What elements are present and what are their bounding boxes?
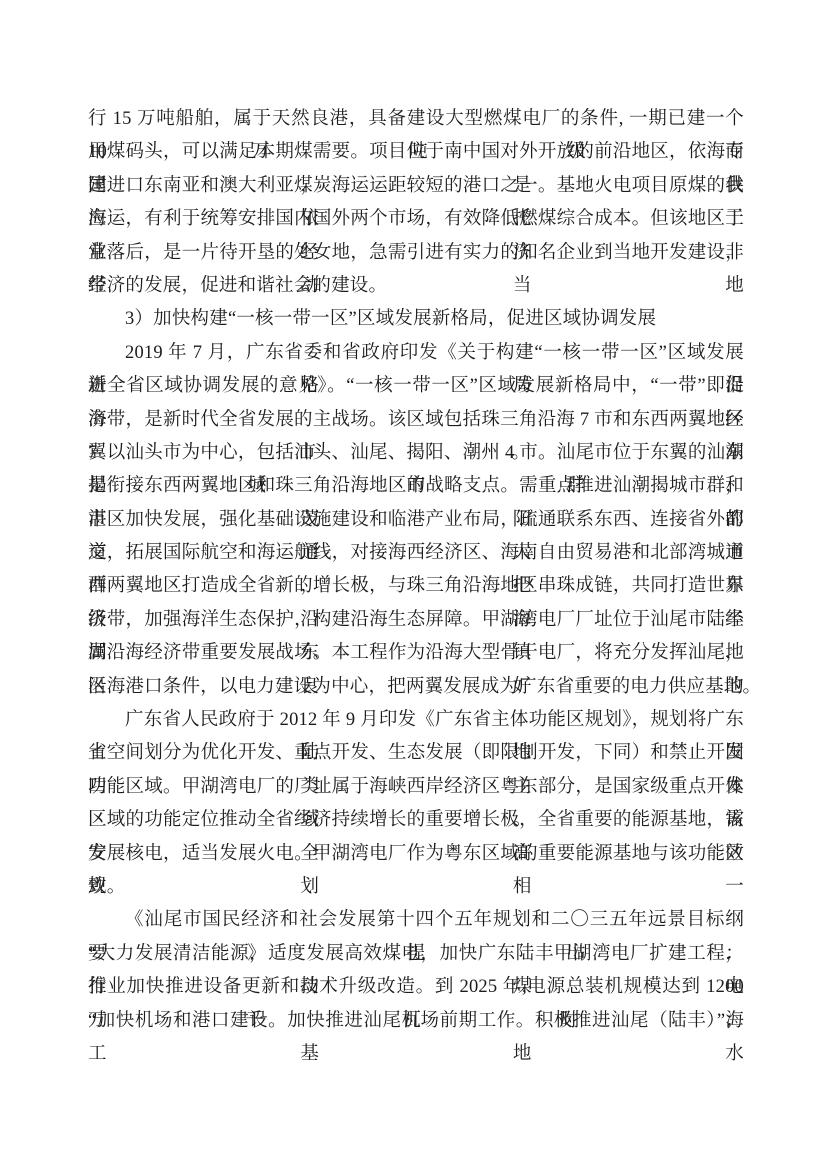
text-line: 海运，有利于统筹安排国内国外两个市场，有效降低燃煤综合成本。但该地区工业经济非	[88, 203, 744, 236]
text-line: 区域的功能定位推动全省经济持续增长的重要增长极，全省重要的能源基地，需安全高效	[88, 804, 744, 837]
text-line: 常落后，是一片待开垦的处女地，急需引进有实力的知名企业到当地开发建设，带动当地	[88, 237, 744, 270]
text-line: 用煤码头，可以满足本期煤需要。项目位于南中国对外开放的前沿地区，依海而建，是我	[88, 136, 744, 169]
text-line: “大力发展清洁能源，适度发展高效煤电，加快广东陆丰甲湖湾电厂扩建工程，推动煤电	[88, 938, 744, 971]
text-line: 3）加快构建“一核一带一区”区域发展新格局，促进区域协调发展	[88, 303, 744, 336]
text-line: 国进口东南亚和澳大利亚煤炭海运运距较短的港口之一。基地火电项目原煤的供应依托于	[88, 170, 744, 203]
text-line: 行 15 万吨船舶，属于天然良港，具备建设大型燃煤电厂的条件, 一期已建一个 1…	[88, 103, 744, 136]
text-line: 西两翼地区打造成全省新的增长极，与珠三角沿海地区串珠成链，共同打造世界级沿海经	[88, 570, 744, 603]
page-text: 行 15 万吨船舶，属于天然良港，具备建设大型燃煤电厂的条件, 一期已建一个 1…	[88, 103, 744, 1038]
text-line: 沿海港口条件，以电力建设为中心，把两翼发展成为广东省重要的电力供应基地。	[88, 671, 744, 704]
document-page: 行 15 万吨船舶，属于天然良港，具备建设大型燃煤电厂的条件, 一期已建一个 1…	[0, 0, 827, 1169]
text-line: 属沿海经济带重要发展战场。本工程作为沿海大型骨干电厂，将充分发挥汕尾地区良好的	[88, 637, 744, 670]
text-line: 济带，是新时代全省发展的主战场。该区域包括珠三角沿海 7 市和东西两翼地区 7 …	[88, 404, 744, 437]
text-line: 土空间划分为优化开发、重点开发、生态发展（即限制开发，下同）和禁止开发四类主体	[88, 737, 744, 770]
text-line: “加快机场和港口建设。加快推进汕尾机场前期工作。积极推进汕尾（陆丰）海工基地水	[88, 1005, 744, 1038]
text-line: 2019 年 7 月，广东省委和省政府印发《关于构建“一核一带一区”区域发展新格…	[88, 337, 744, 370]
text-line: 功能区域。甲湖湾电厂的厂址属于海峡西岸经济区粤东部分，是国家级重点开发区域。该	[88, 771, 744, 804]
text-line: 翼以汕头市为中心，包括汕头、汕尾、揭阳、潮州 4 市。汕尾市位于东翼的汕潮揭城市…	[88, 437, 744, 470]
text-line: 广东省人民政府于 2012 年 9 月印发《广东省主体功能区规划》，规划将广东省…	[88, 704, 744, 737]
text-line: 是衔接东西两翼地区和珠三角沿海地区的战略支点。需重点推进汕潮揭城市群和湛茂阳都	[88, 470, 744, 503]
text-line: 市区加快发展，强化基础设施建设和临港产业布局，疏通联系东西、连接省外的交通大通	[88, 504, 744, 537]
text-line: 发展核电，适当发展火电。甲湖湾电厂作为粤东区域的重要能源基地与该功能区规划相一	[88, 838, 744, 871]
text-line: 济带，加强海洋生态保护，构建沿海生态屏障。甲湖湾电厂厂址位于汕尾市陆丰湖东镇，	[88, 604, 744, 637]
text-line: 行业加快推进设备更新和技术升级改造。到 2025 年,电源总装机规模达到 120…	[88, 971, 744, 1004]
text-line: 道，拓展国际航空和海运航线，对接海西经济区、海南自由贸易港和北部湾城市群，把东	[88, 537, 744, 570]
text-line: 《汕尾市国民经济和社会发展第十四个五年规划和二〇三五年远景目标纲要》提出：	[88, 904, 744, 937]
text-line: 进全省区域协调发展的意见》。“一核一带一区”区域发展新格局中，“一带”即沿海经	[88, 370, 744, 403]
